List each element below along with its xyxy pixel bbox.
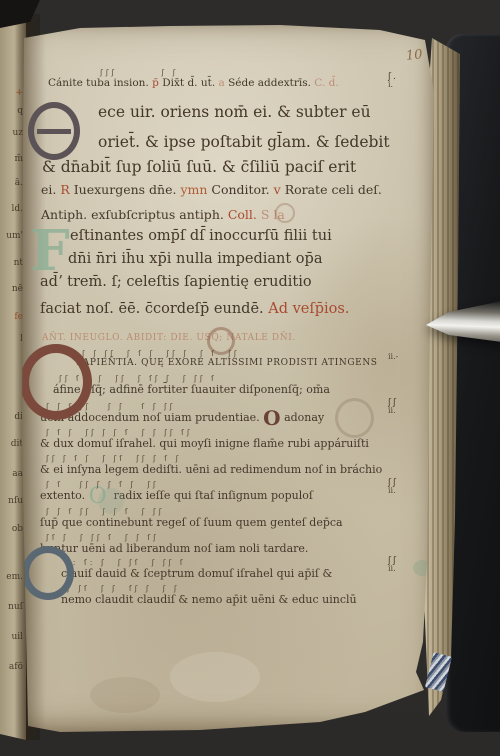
line-segment: v — [274, 182, 285, 197]
manuscript-line-3: oriet̄. & ipse poſtabit gl̄am. & ſedebit — [98, 134, 390, 150]
stain — [335, 398, 374, 438]
cue-text: ii. — [388, 406, 428, 415]
manuscript-line-4: & dn̄abit̄ ſup ſoliū ſuū. & c̄ſiliū paci… — [42, 159, 356, 175]
neumes: ʃ ſ ʃ ʃʃ ʃ ʃ ſ ʃ ʃ ʃʃ ſʃ — [46, 429, 193, 437]
manuscript-page: 10 ʃʃʃ ʃ ʃCánite tuba insion. p̄ Dix̄t d… — [20, 22, 440, 734]
line-segment: nemo claudit claudiſ & nemo ap̄it uēni &… — [61, 593, 357, 606]
manuscript-photo: +quzm̄ā.ld.um'ntnēfeldiditaanſuobem.nuſu… — [0, 0, 500, 756]
cue-text: i. — [388, 80, 428, 89]
folio-number: 10 — [405, 47, 423, 64]
manuscript-line-7: eſtinantes omp̄ſ dſ̄ inoccurſū filii tui — [70, 229, 332, 244]
neumes: ʃ ʃſ ʃ ʃ ſʃ ʃ ʃ ʃ — [67, 585, 180, 593]
line-segment: adonay — [281, 411, 325, 424]
margin-cue: ʃʃii. — [388, 558, 428, 573]
line-segment: Conditor. — [211, 182, 273, 197]
line-segment: extento. — [40, 489, 89, 502]
initial-crossbar — [37, 129, 71, 134]
cue-text: ii. — [388, 564, 428, 573]
line-segment: Ad veſp̄ios. — [268, 301, 349, 317]
line-segment: oriet̄. & ipse poſtabit gl̄am. & ſedebit — [98, 133, 390, 151]
manuscript-line-11: AN̄T. INEUGLO. ABIDIT: DIE. USQ̄; NATALE… — [42, 334, 296, 343]
line-segment: ymn — [180, 182, 211, 197]
manuscript-line-14: ʃ ʃ ſ ʃʃ ʃ ʃ ſ ʃ ʃʃuēni addocendum noſ u… — [40, 412, 324, 424]
line-segment: buntur uēni ad liberandum noſ iam noli t… — [40, 542, 308, 555]
line-segment: Coll. — [228, 207, 257, 222]
line-segment: eſtinantes omp̄ſ dſ̄ inoccurſū filii tui — [70, 228, 332, 244]
line-segment: dn̄i n̄ri ih̄u xp̄i nulla impediant op̄a — [68, 251, 322, 267]
manuscript-line-1: ʃʃʃ ʃ ʃCánite tuba insion. p̄ Dix̄t d̄. … — [48, 78, 339, 89]
line-segment: O — [263, 406, 280, 430]
manuscript-line-13: ʃʃ ſ ʃ ʃ ʃʃ ʃ ſʃ ʃ ʃ ʃʃ ſáfine uſq̄; adf… — [53, 384, 330, 396]
line-segment: áfine uſq̄; adfinē fort̄iter ſuauiter di… — [53, 383, 330, 396]
line-segment: ad̄ʼ trem̄. ſ; celeſtis ſapientię erudit… — [40, 274, 312, 290]
manuscript-line-2: ece uir. oriens nom̄ ei. & subter eū — [98, 104, 371, 120]
line-segment: ſup̄ que continebunt regeſ oſ ſuum quem … — [40, 516, 343, 529]
initial-E-ecce — [28, 102, 80, 160]
line-segment: AN̄T. INEUGLO. ABIDIT: DIE. USQ̄; NATALE… — [42, 333, 296, 343]
cue-text: ii.- — [388, 352, 428, 361]
neumes: ʃʃʃ ʃ ʃ — [100, 69, 178, 77]
manuscript-line-21: ʃ ʃſ ʃ ʃ ſʃ ʃ ʃ ʃnemo claudit claudiſ & … — [61, 594, 357, 606]
line-segment: ece uir. oriens nom̄ ei. & subter eū — [98, 103, 371, 121]
line-segment: Rorate celi deſ. — [285, 182, 382, 197]
margin-cue: ʃʃii. — [388, 400, 428, 415]
line-segment: Iuexurgens dn̄e. — [74, 182, 181, 197]
initial-O-clavis — [22, 546, 74, 600]
line-segment: & ei inſyna legem dediſti. uēni ad redim… — [40, 463, 382, 476]
line-segment: radix ieſſe qui ſtaſ inſignum populoſ — [107, 489, 313, 502]
manuscript-line-16: ʃʃ ʃ ſ ʃ ʃ ʃſ ʃʃ ʃ ſ ʃ& ei inſyna legem … — [40, 464, 382, 476]
line-segment: C. d̄. — [314, 77, 338, 89]
manuscript-line-17: ʃ ſ ʃʃ ʃ ʃ ſ ʃ ʃʃextento. O radix ieſſe … — [40, 490, 313, 502]
pointer-blade-metal — [426, 299, 500, 349]
line-segment: clauiſ dauid & ſceptrum domuſ iſrahel qu… — [61, 567, 332, 580]
stain — [98, 488, 124, 514]
line-segment: & dux domuſ iſrahel. qui moyſi inigne fl… — [40, 437, 369, 450]
neumes: ʃſ ʃ ʃ ʃʃ ſ ʃ ʃ ſʃ — [46, 534, 159, 542]
stain — [275, 203, 295, 223]
line-segment: R — [60, 182, 73, 197]
manuscript-line-20: ʃ: ſ: ʃ ʃ ʃſ ʃ ʃʃ ſclauiſ dauid & ſceptr… — [61, 568, 332, 580]
neumes: ʃ: ſ: ʃ ʃ ʃſ ʃ ʃʃ ſ — [67, 559, 186, 567]
manuscript-line-15: ʃ ſ ʃ ʃʃ ʃ ʃ ſ ʃ ʃ ʃʃ ſʃ& dux domuſ iſra… — [40, 438, 369, 450]
line-segment: & dn̄abit̄ ſup ſoliū ſuū. & c̄ſiliū paci… — [42, 158, 356, 176]
line-segment: p̄ — [152, 77, 162, 89]
margin-cue: ʃʃii. — [388, 480, 428, 495]
initial-O-sapientia — [20, 344, 92, 420]
line-segment: Séde addextrīs. — [228, 77, 314, 89]
line-segment: Cánite tuba insion. — [48, 77, 152, 89]
neumes: ʃ ſ ʃʃ ʃ ʃ ſ ʃ ʃʃ — [46, 481, 159, 489]
margin-cue: ii.- — [388, 352, 428, 361]
manuscript-line-19: ʃſ ʃ ʃ ʃʃ ſ ʃ ʃ ſʃbuntur uēni ad liberan… — [40, 543, 308, 555]
manuscript-line-12: ʃ ʃ ʃʃ ʃ ſ ʃ ʃʃ ʃ ʃ ſ ʃʃSAPIEN̄TIA. QUĘ … — [76, 359, 378, 368]
stain — [207, 327, 235, 355]
manuscript-line-10: faciat noſ. ēē. c̄cordeſp̄ eundē. Ad veſ… — [40, 302, 349, 317]
manuscript-line-9: ad̄ʼ trem̄. ſ; celeſtis ſapientię erudit… — [40, 275, 312, 290]
manuscript-line-8: dn̄i n̄ri ih̄u xp̄i nulla impediant op̄a — [68, 252, 322, 267]
line-segment: SAPIEN̄TIA. QUĘ EXORE ALTISSIMI PRODISTI… — [76, 358, 378, 368]
cue-text: ii. — [388, 486, 428, 495]
line-segment: a — [219, 77, 229, 89]
manuscript-line-18: ʃ ʃ ſ ʃʃ ʃ ʃ ſ ʃ ʃʃſup̄ que continebunt … — [40, 517, 343, 529]
stain — [170, 652, 260, 702]
line-segment: ei. — [41, 182, 60, 197]
margin-cue: ʃ.i. — [388, 74, 428, 89]
neumes: ʃʃ ʃ ſ ʃ ʃ ʃſ ʃʃ ʃ ſ ʃ — [46, 455, 181, 463]
stain — [90, 677, 160, 713]
line-segment: faciat noſ. ēē. c̄cordeſp̄ eundē. — [40, 301, 268, 317]
initial-F-festinantes: F — [30, 226, 70, 276]
line-segment: Dix̄t d̄. ut̄. — [162, 77, 218, 89]
pointer-blade — [426, 299, 500, 349]
manuscript-line-5: ei. R Iuexurgens dn̄e. ymn Conditor. v R… — [41, 183, 382, 196]
manuscript-line-6: Antiph. exſubſcriptus antiph. Coll. S la — [41, 208, 285, 221]
